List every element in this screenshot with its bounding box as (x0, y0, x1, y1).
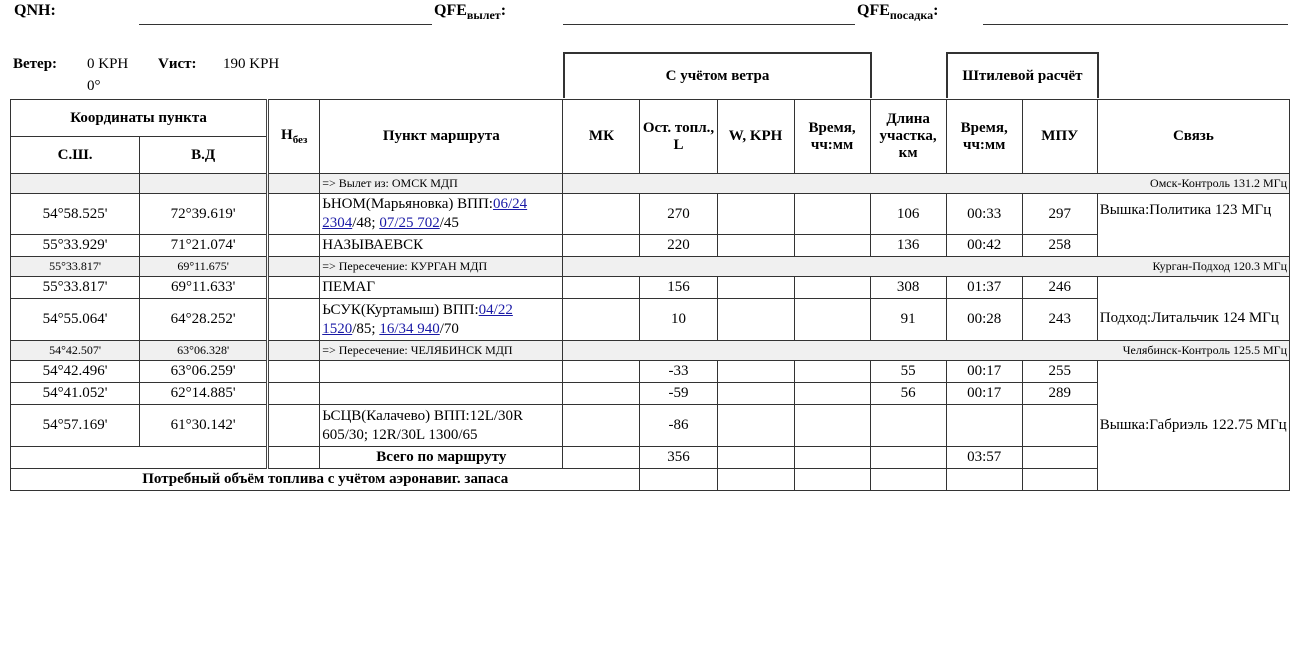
comm-cell: Вышка:Габриэль 122.75 МГц (1097, 361, 1289, 491)
col-point: Пункт маршрута (320, 100, 563, 174)
pressure-header: QNH: QFEвылет: QFEпосадка: (0, 0, 1299, 30)
section-row: 54°42.507' 63°06.328' => Пересечение: ЧЕ… (11, 341, 1290, 361)
col-length: Длина участка, км (870, 100, 946, 174)
route-table: Координаты пункта Hбез Пункт маршрута МК… (10, 99, 1290, 491)
qfe-landing-label: QFEпосадка: (857, 2, 938, 23)
section-row: 55°33.817' 69°11.675' => Пересечение: КУ… (11, 257, 1290, 277)
comm-cell: Подход:Литальчик 124 МГц (1097, 277, 1289, 341)
col-comm: Связь (1097, 100, 1289, 174)
qfe-departure-label: QFEвылет: (434, 2, 506, 23)
col-mk: МК (563, 100, 640, 174)
totals-fuel: 356 (640, 447, 717, 469)
wind-speed: 0 KPH (87, 56, 128, 73)
totals-calm-time: 03:57 (946, 447, 1022, 469)
vist-label: Vист: (158, 56, 197, 73)
table-row: 54°42.496' 63°06.259' -33 55 00:17 255 В… (11, 361, 1290, 383)
col-coords: Координаты пункта (11, 100, 268, 137)
col-calm-time: Время, чч:мм (946, 100, 1022, 174)
group-with-wind: С учётом ветра (563, 52, 872, 98)
route-point: ЬНОМ(Марьяновка) ВПП:06/24 2304/48; 07/2… (320, 194, 563, 235)
qnh-field[interactable] (139, 24, 432, 25)
wind-direction: 0° (87, 78, 101, 95)
runway-link[interactable]: 07/25 702 (379, 215, 439, 231)
vist-value: 190 KPH (223, 56, 279, 73)
totals-label: Всего по маршруту (320, 447, 563, 469)
qfe-departure-field[interactable] (563, 24, 855, 25)
comm-cell: Вышка:Политика 123 МГц (1097, 194, 1289, 257)
runway-link[interactable]: 16/34 940 (379, 321, 439, 337)
table-row: 55°33.817' 69°11.633' ПЕМАГ 156 308 01:3… (11, 277, 1290, 299)
col-lat: С.Ш. (11, 137, 140, 174)
route-point: ЬСУК(Куртамыш) ВПП:04/22 1520/85; 16/34 … (320, 299, 563, 341)
group-calm-calc: Штилевой расчёт (946, 52, 1099, 98)
col-lon: В.Д (140, 137, 268, 174)
section-text: => Вылет из: ОМСК МДП (320, 174, 563, 194)
section-comm: Омск-Контроль 131.2 МГц (563, 174, 1290, 194)
col-hbez: Hбез (268, 100, 320, 174)
col-time: Время, чч:мм (794, 100, 870, 174)
qfe-landing-field[interactable] (983, 24, 1288, 25)
col-w: W, KPH (717, 100, 794, 174)
table-row: 54°58.525' 72°39.619' ЬНОМ(Марьяновка) В… (11, 194, 1290, 235)
section-row: => Вылет из: ОМСК МДП Омск-Контроль 131.… (11, 174, 1290, 194)
col-mpu: МПУ (1022, 100, 1097, 174)
route-point: ЬСЦВ(Калачево) ВПП:12L/30R 605/30; 12R/3… (320, 405, 563, 447)
col-fuel: Ост. топл., L (640, 100, 717, 174)
required-fuel-label: Потребный объём топлива с учётом аэронав… (11, 469, 640, 491)
wind-label: Ветер: (13, 56, 57, 73)
qnh-label: QNH: (14, 2, 56, 20)
